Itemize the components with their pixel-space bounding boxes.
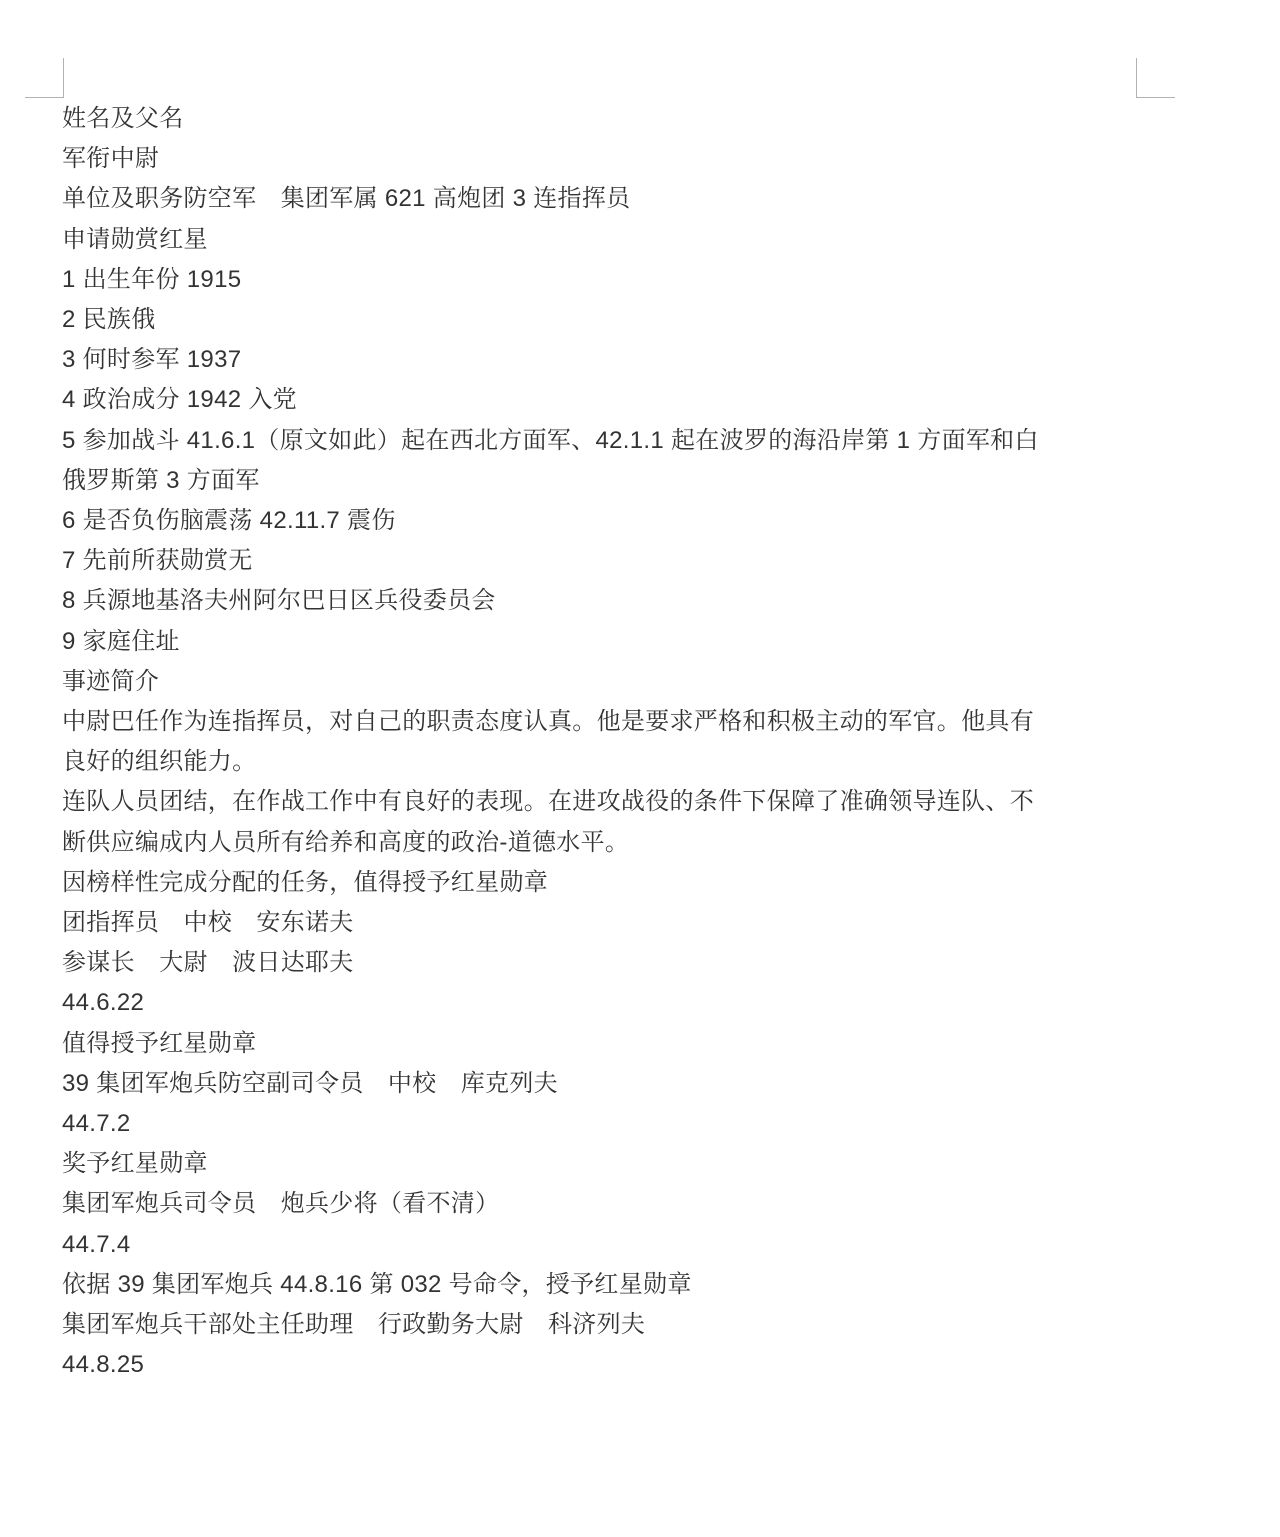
text-line: 39 集团军炮兵防空副司令员 中校 库克列夫 [62,1064,1157,1104]
text-line: 俄罗斯第 3 方面军 [62,461,1157,501]
text-line: 申请勋赏红星 [62,220,1157,260]
text-line: 依据 39 集团军炮兵 44.8.16 第 032 号命令，授予红星勋章 [62,1265,1157,1305]
text-line: 中尉巴任作为连指挥员，对自己的职责态度认真。他是要求严格和积极主动的军官。他具有 [62,702,1157,742]
text-line: 6 是否负伤脑震荡 42.11.7 震伤 [62,501,1157,541]
text-line: 44.6.22 [62,983,1157,1023]
text-line: 值得授予红星勋章 [62,1024,1157,1064]
text-line: 3 何时参军 1937 [62,340,1157,380]
text-line: 断供应编成内人员所有给养和高度的政治-道德水平。 [62,823,1157,863]
text-line: 军衔中尉 [62,139,1157,179]
text-line: 团指挥员 中校 安东诺夫 [62,903,1157,943]
text-line: 2 民族俄 [62,300,1157,340]
document-page: 姓名及父名军衔中尉单位及职务防空军 集团军属 621 高炮团 3 连指挥员申请勋… [0,0,1280,1537]
text-line: 事迹简介 [62,662,1157,702]
text-line: 44.7.2 [62,1104,1157,1144]
text-boundary-mark-top-right [1136,58,1175,98]
document-text-block: 姓名及父名军衔中尉单位及职务防空军 集团军属 621 高炮团 3 连指挥员申请勋… [62,99,1157,1386]
text-boundary-mark-top-left [25,58,64,98]
text-line: 因榜样性完成分配的任务，值得授予红星勋章 [62,863,1157,903]
text-line: 7 先前所获勋赏无 [62,541,1157,581]
text-line: 8 兵源地基洛夫州阿尔巴日区兵役委员会 [62,581,1157,621]
text-line: 良好的组织能力。 [62,742,1157,782]
text-line: 4 政治成分 1942 入党 [62,380,1157,420]
text-line: 1 出生年份 1915 [62,260,1157,300]
text-line: 集团军炮兵干部处主任助理 行政勤务大尉 科济列夫 [62,1305,1157,1345]
text-line: 9 家庭住址 [62,622,1157,662]
text-line: 44.8.25 [62,1345,1157,1385]
text-line: 44.7.4 [62,1225,1157,1265]
text-line: 连队人员团结，在作战工作中有良好的表现。在进攻战役的条件下保障了准确领导连队、不 [62,782,1157,822]
text-line: 奖予红星勋章 [62,1144,1157,1184]
text-line: 姓名及父名 [62,99,1157,139]
text-line: 集团军炮兵司令员 炮兵少将（看不清） [62,1184,1157,1224]
text-line: 单位及职务防空军 集团军属 621 高炮团 3 连指挥员 [62,179,1157,219]
text-line: 参谋长 大尉 波日达耶夫 [62,943,1157,983]
text-line: 5 参加战斗 41.6.1（原文如此）起在西北方面军、42.1.1 起在波罗的海… [62,421,1157,461]
